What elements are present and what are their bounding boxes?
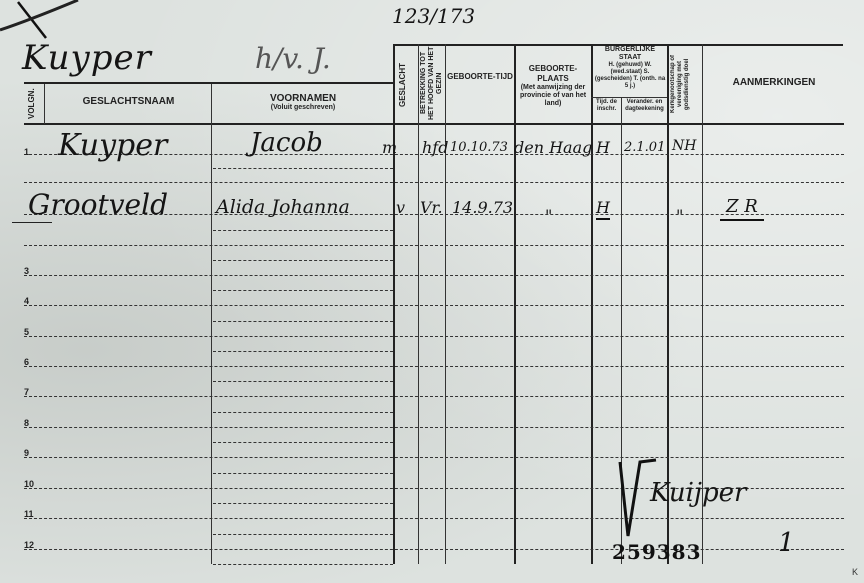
civil-status: H (596, 138, 610, 157)
col-geslacht: GESLACHT (399, 50, 407, 120)
row-number: 12 (24, 540, 34, 550)
col-geboortetijd: GEBOORTE-TIJD (447, 72, 513, 82)
register-card: 123/173 Kuyper h/v. J. VOLGN. GESLACHTSN… (0, 0, 864, 583)
col-burgerlijke-staat-label: BURGERLIJKE STAAT (605, 46, 655, 61)
row-rule (24, 182, 844, 183)
sub-rule (213, 564, 393, 565)
relation: Vr. (420, 198, 443, 217)
birth-place: den Haag (514, 138, 592, 157)
sub-rule (213, 321, 393, 322)
reference-number: 123/173 (392, 4, 475, 28)
col-kerkgenootschap: Kerkgenootschap of vereeniging met godsd… (670, 46, 700, 122)
col-geboorteplaats-sub: (Met aanwijzing der provincie of van het… (516, 84, 590, 108)
divider (591, 44, 593, 564)
signature: Kuijper (650, 478, 746, 508)
corner-mark: K (852, 567, 858, 577)
sub-rule (213, 534, 393, 535)
civil-status: H (596, 198, 610, 220)
col-betrekking: BETREKKING TOT HET HOOFD VAN HET GEZIN (420, 46, 444, 120)
header-surname: Kuyper (22, 38, 152, 78)
col-burgerlijke-staat-codes: H. (gehuwd) W. (wed.staat) S. (gescheide… (593, 62, 667, 90)
sub-rule (213, 381, 393, 382)
row-number: 1 (24, 147, 29, 157)
row-rule (24, 518, 844, 519)
row-rule (24, 275, 844, 276)
sub-rule (213, 230, 393, 231)
divider (44, 84, 45, 124)
first-names: Alida Johanna (216, 196, 350, 218)
sub-rule (213, 351, 393, 352)
sub-rule (213, 412, 393, 413)
surname: Kuyper (58, 128, 167, 163)
row-rule (24, 549, 844, 550)
row-number: 6 (24, 357, 29, 367)
birth-place: " (545, 206, 552, 225)
row-rule (24, 457, 844, 458)
col-voornamen-label: VOORNAMEN (270, 93, 336, 104)
col-verandering: Verander. en dagteekening (622, 99, 667, 113)
col-voornamen: VOORNAMEN (Voluit geschreven) (213, 94, 393, 112)
sex: m (382, 138, 397, 157)
header-suffix: h/v. J. (255, 42, 331, 75)
col-tijd-inschr: Tijd. de inschr. (592, 99, 621, 113)
birth-date: 14.9.73 (452, 198, 513, 217)
col-geslachtsnaam: GESLACHTSNAAM (46, 97, 211, 107)
col-verandering-label: Verander. en dagteekening (622, 99, 667, 113)
col-geboorteplaats-label: GEBOORTE-PLAATS (529, 64, 577, 83)
sub-rule (213, 442, 393, 443)
surname: Grootveld (28, 188, 168, 221)
col-aanmerkingen: AANMERKINGEN (704, 78, 844, 88)
row-number: 11 (24, 509, 34, 519)
sub-rule (213, 503, 393, 504)
first-names: Jacob (250, 128, 323, 158)
row-rule (24, 396, 844, 397)
tally-mark: 1 (778, 528, 795, 558)
row-number: 7 (24, 387, 29, 397)
sub-rule (213, 290, 393, 291)
row-rule (24, 427, 844, 428)
divider (418, 44, 419, 564)
divider (211, 84, 212, 564)
change-date: 2.1.01 (624, 140, 665, 155)
underline (12, 222, 52, 223)
row-rule (24, 245, 844, 246)
row-number: 4 (24, 296, 29, 306)
archive-number: 259383 (612, 540, 702, 564)
divider (445, 44, 446, 564)
divider (393, 44, 395, 564)
row-number: 9 (24, 448, 29, 458)
row-number: 3 (24, 266, 29, 276)
divider (514, 44, 516, 564)
row-number: 5 (24, 327, 29, 337)
row-rule (24, 366, 844, 367)
church: NH (672, 138, 696, 154)
col-tijd-inschr-label: Tijd. de inschr. (592, 99, 621, 113)
row-number: 10 (24, 479, 34, 489)
sex: v (396, 198, 405, 217)
divider (591, 97, 667, 98)
col-voornamen-sub: (Voluit geschreven) (213, 104, 393, 112)
header-bottom-rule (24, 123, 844, 125)
sub-rule (213, 260, 393, 261)
row-rule (24, 336, 844, 337)
row-rule (24, 305, 844, 306)
church: " (676, 206, 683, 225)
sub-rule (213, 168, 393, 169)
header-rule (24, 82, 394, 84)
birth-date: 10.10.73 (450, 140, 508, 155)
sub-rule (213, 473, 393, 474)
col-burgerlijke-staat: BURGERLIJKE STAAT H. (gehuwd) W. (wed.st… (593, 46, 667, 90)
col-geboorteplaats: GEBOORTE-PLAATS (Met aanwijzing der prov… (516, 64, 590, 108)
col-volgno: VOLGN. (28, 88, 36, 120)
relation: hfd (422, 138, 448, 157)
remarks: Z R (720, 196, 764, 221)
row-number: 8 (24, 418, 29, 428)
